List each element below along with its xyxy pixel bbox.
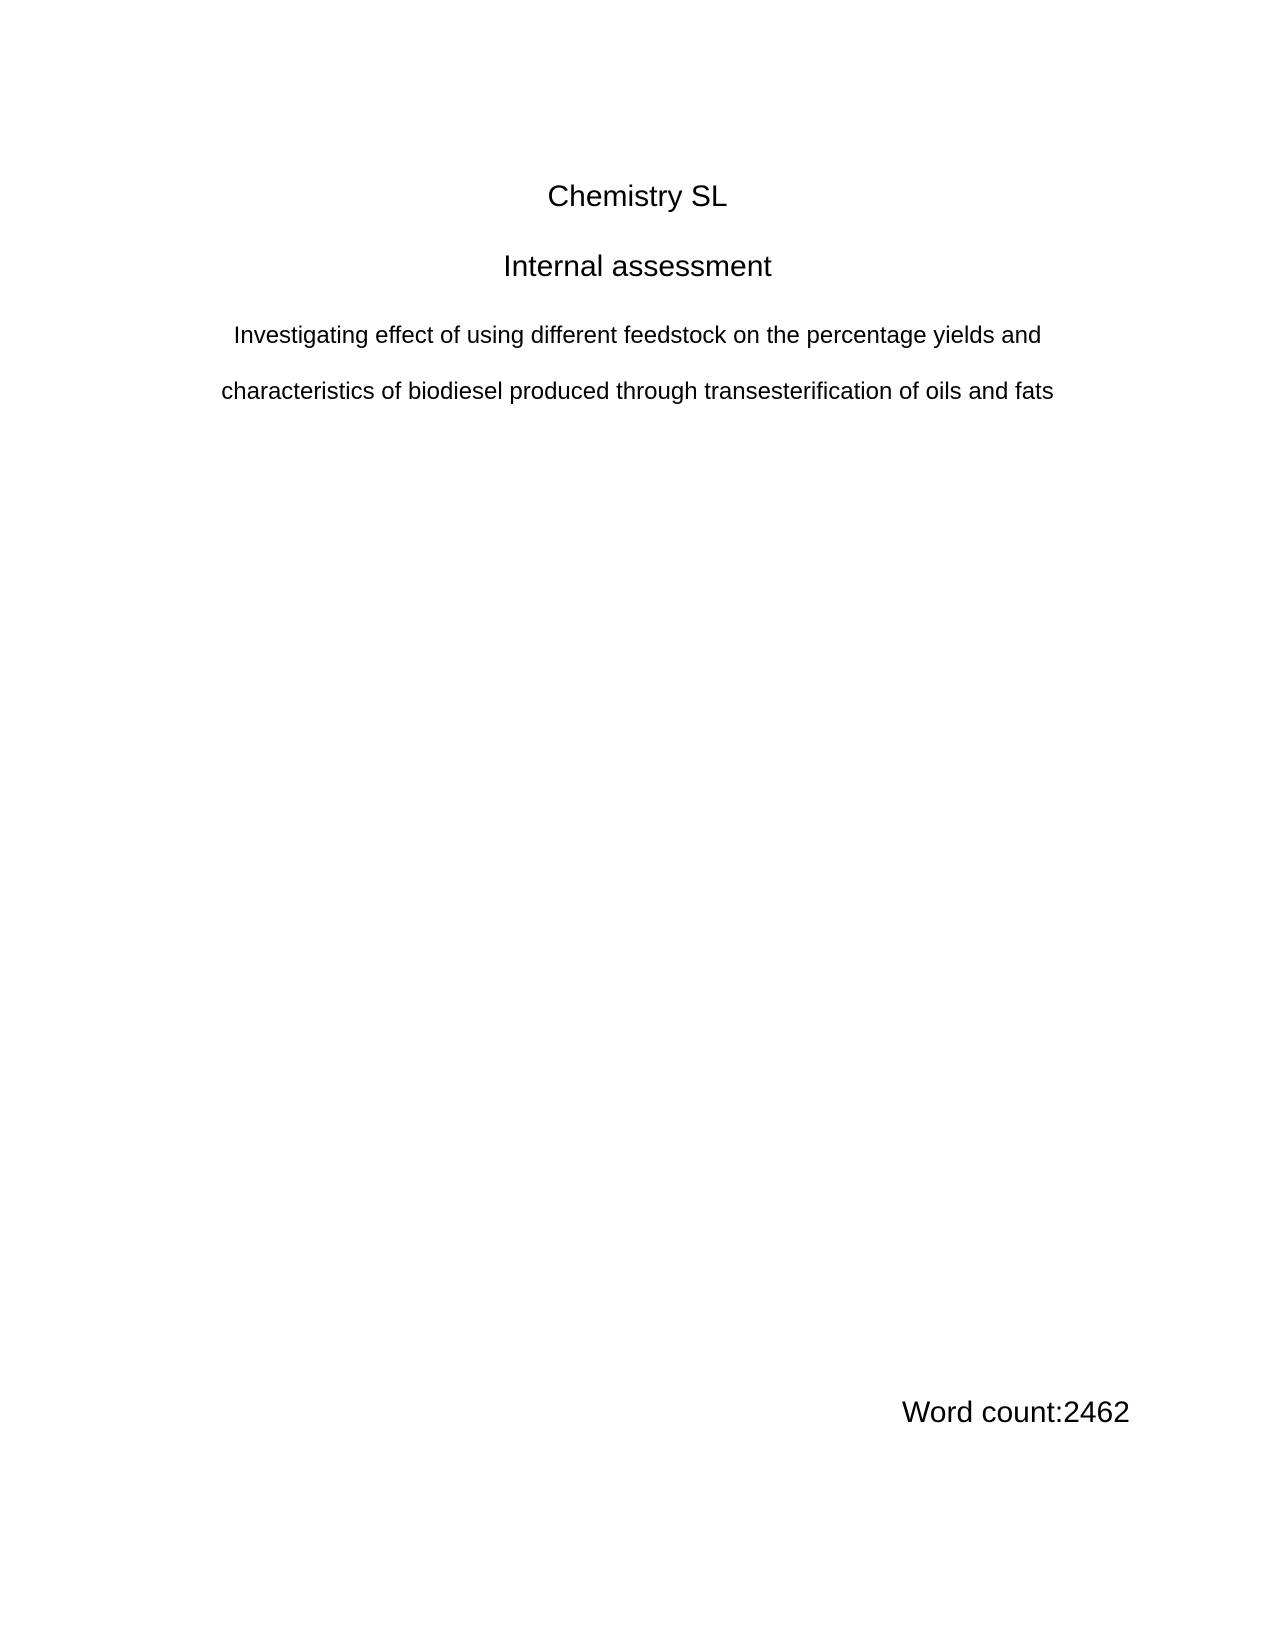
document-page: Chemistry SL Internal assessment Investi… [0, 0, 1275, 1650]
research-title-line-2: characteristics of biodiesel produced th… [0, 380, 1275, 404]
research-title-line-1: Investigating effect of using different … [0, 324, 1275, 348]
word-count: Word count:2462 [902, 1398, 1130, 1428]
course-title: Chemistry SL [0, 182, 1275, 212]
assessment-type-heading: Internal assessment [0, 252, 1275, 282]
